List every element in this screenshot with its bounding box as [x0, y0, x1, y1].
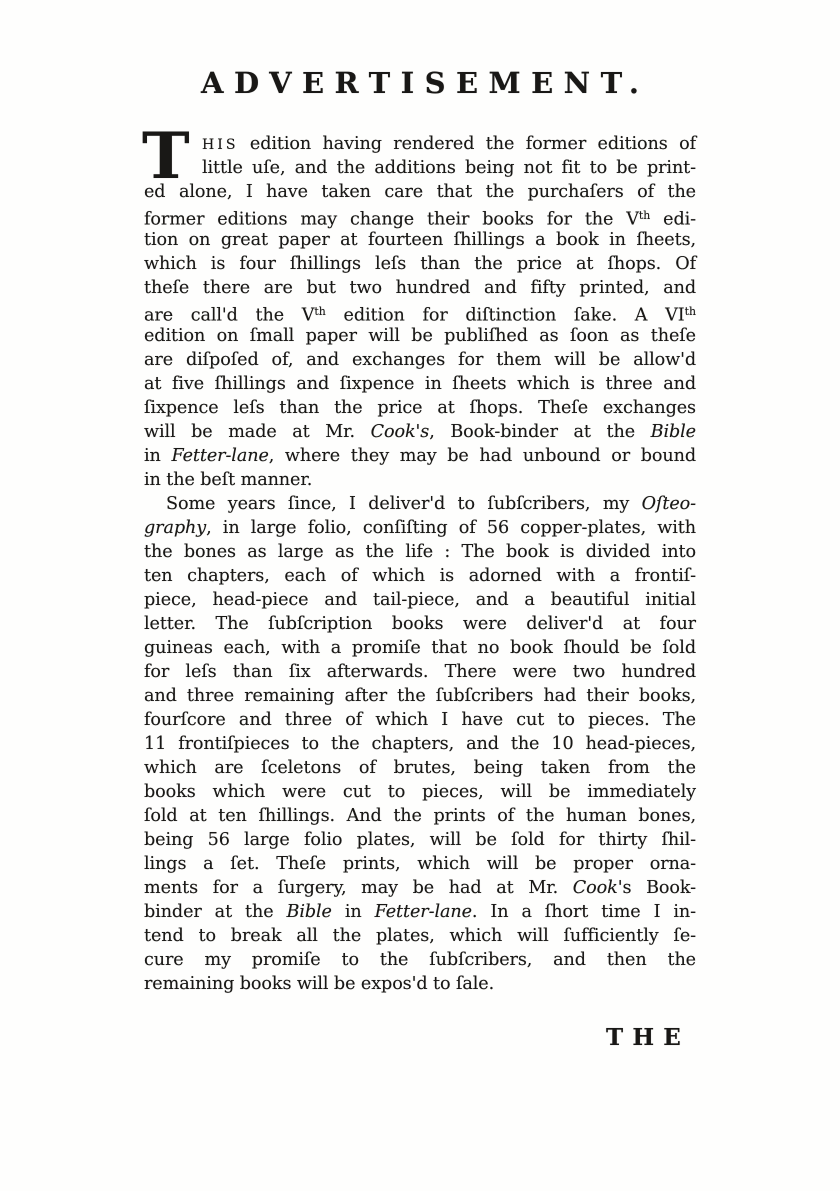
- catchword: THE: [0, 1024, 690, 1051]
- superscript-segment: th: [685, 305, 696, 318]
- text-segment: in: [332, 902, 375, 922]
- text-line: edition on ſmall paper will be publiſhed…: [144, 324, 696, 348]
- text-line: books which were cut to pieces, will be …: [144, 780, 696, 804]
- text-line: for leſs than ſix afterwards. There were…: [144, 660, 696, 684]
- text-segment: tion on great paper at fourteen ſhilling…: [144, 230, 696, 250]
- italic-segment: Fetter-lane: [375, 902, 472, 922]
- text-line: 11 frontiſpieces to the chapters, and th…: [144, 732, 696, 756]
- text-segment: in: [144, 446, 171, 466]
- text-line: ſixpence leſs than the price at ſhops. T…: [144, 396, 696, 420]
- text-segment: . In a ſhort time I in-: [472, 902, 696, 922]
- text-line: which is four ſhillings leſs than the pr…: [144, 252, 696, 276]
- text-segment: the bones as large as the life : The boo…: [144, 542, 696, 562]
- text-line: ten chapters, each of which is adorned w…: [144, 564, 696, 588]
- italic-segment: Bible: [287, 902, 332, 922]
- text-segment: lings a ſet. Theſe prints, which will be…: [144, 854, 696, 874]
- text-line: graphy, in large folio, conſiſting of 56…: [144, 516, 696, 540]
- paragraph: THIS edition having rendered the former …: [144, 132, 696, 492]
- text-segment: will be made at Mr.: [144, 422, 371, 442]
- drop-cap: T: [142, 132, 190, 182]
- text-segment: ments for a ſurgery, may be had at Mr.: [144, 878, 573, 898]
- italic-segment: Oſteo-: [642, 494, 696, 514]
- text-line: tend to break all the plates, which will…: [144, 924, 696, 948]
- text-line: the bones as large as the life : The boo…: [144, 540, 696, 564]
- text-segment: in the beſt manner.: [144, 470, 312, 490]
- text-line: will be made at Mr. Cook's, Book-binder …: [144, 420, 696, 444]
- text-segment: 's Book-: [618, 878, 696, 898]
- text-segment: ten chapters, each of which is adorned w…: [144, 566, 696, 586]
- text-segment: are diſpoſed of, and exchanges for them …: [144, 350, 696, 370]
- text-segment: edition for diſtinction ſake. A VI: [326, 306, 685, 326]
- text-line: lings a ſet. Theſe prints, which will be…: [144, 852, 696, 876]
- text-segment: 11 frontiſpieces to the chapters, and th…: [144, 734, 696, 754]
- paragraph: Some years ſince, I deliver'd to ſubſcri…: [144, 492, 696, 996]
- text-segment: and three remaining after the ſubſcriber…: [144, 686, 696, 706]
- text-segment: theſe there are but two hundred and fift…: [144, 278, 696, 298]
- text-segment: letter. The ſubſcription books were deli…: [144, 614, 696, 634]
- text-segment: remaining books will be expos'd to ſale.: [144, 974, 494, 994]
- text-line: letter. The ſubſcription books were deli…: [144, 612, 696, 636]
- text-segment: , Book-binder at the: [429, 422, 650, 442]
- superscript-segment: th: [639, 209, 650, 222]
- text-line: Some years ſince, I deliver'd to ſubſcri…: [144, 492, 696, 516]
- text-line: are diſpoſed of, and exchanges for them …: [144, 348, 696, 372]
- text-segment: are call'd the V: [144, 306, 314, 326]
- text-line: in the beſt manner.: [144, 468, 696, 492]
- text-segment: books which were cut to pieces, will be …: [144, 782, 696, 802]
- text-segment: fourſcore and three of which I have cut …: [144, 710, 696, 730]
- text-segment: , where they may be had unbound or bound: [269, 446, 696, 466]
- text-line: guineas each, with a promiſe that no boo…: [144, 636, 696, 660]
- book-page: ADVERTISEMENT. THIS edition having rende…: [0, 0, 840, 1191]
- italic-segment: Cook's: [371, 422, 430, 442]
- text-segment: being 56 large folio plates, will be ſol…: [144, 830, 696, 850]
- text-segment: at five ſhillings and ſixpence in ſheets…: [144, 374, 696, 394]
- text-segment: which is four ſhillings leſs than the pr…: [144, 254, 696, 274]
- italic-segment: graphy: [144, 518, 206, 538]
- text-segment: piece, head-piece and tail-piece, and a …: [144, 590, 696, 610]
- text-line: ments for a ſurgery, may be had at Mr. C…: [144, 876, 696, 900]
- italic-segment: Cook: [573, 878, 618, 898]
- italic-segment: Fetter-lane: [171, 446, 268, 466]
- text-line: at five ſhillings and ſixpence in ſheets…: [144, 372, 696, 396]
- text-segment: edition having rendered the former editi…: [238, 134, 696, 154]
- text-line: and three remaining after the ſubſcriber…: [144, 684, 696, 708]
- text-line: ſold at ten ſhillings. And the prints of…: [144, 804, 696, 828]
- text-segment: Some years ſince, I deliver'd to ſubſcri…: [166, 494, 642, 514]
- page-title: ADVERTISEMENT.: [0, 66, 840, 100]
- text-line: fourſcore and three of which I have cut …: [144, 708, 696, 732]
- text-segment: ed alone, I have taken care that the pur…: [144, 182, 696, 202]
- text-line: remaining books will be expos'd to ſale.: [144, 972, 696, 996]
- text-line: theſe there are but two hundred and fift…: [144, 276, 696, 300]
- smallcaps-segment: HIS: [202, 137, 238, 153]
- text-line: cure my promiſe to the ſubſcribers, and …: [144, 948, 696, 972]
- italic-segment: Bible: [651, 422, 696, 442]
- text-line: are call'd the Vth edition for diſtincti…: [144, 300, 696, 324]
- text-line: binder at the Bible in Fetter-lane. In a…: [144, 900, 696, 924]
- text-line: being 56 large folio plates, will be ſol…: [144, 828, 696, 852]
- text-line: HIS edition having rendered the former e…: [144, 132, 696, 156]
- text-segment: ſixpence leſs than the price at ſhops. T…: [144, 398, 696, 418]
- text-line: ed alone, I have taken care that the pur…: [144, 180, 696, 204]
- superscript-segment: th: [314, 305, 325, 318]
- text-line: tion on great paper at fourteen ſhilling…: [144, 228, 696, 252]
- text-line: piece, head-piece and tail-piece, and a …: [144, 588, 696, 612]
- text-segment: tend to break all the plates, which will…: [144, 926, 696, 946]
- text-line: former editions may change their books f…: [144, 204, 696, 228]
- text-segment: , in large folio, conſiſting of 56 coppe…: [206, 518, 696, 538]
- text-segment: binder at the: [144, 902, 287, 922]
- text-line: in Fetter-lane, where they may be had un…: [144, 444, 696, 468]
- text-block: THIS edition having rendered the former …: [144, 132, 696, 996]
- text-segment: which are ſceletons of brutes, being tak…: [144, 758, 696, 778]
- text-segment: guineas each, with a promiſe that no boo…: [144, 638, 696, 658]
- text-segment: former editions may change their books f…: [144, 210, 639, 230]
- text-segment: edition on ſmall paper will be publiſhed…: [144, 326, 696, 346]
- text-line: little uſe, and the additions being not …: [144, 156, 696, 180]
- text-segment: edi-: [650, 210, 696, 230]
- text-segment: cure my promiſe to the ſubſcribers, and …: [144, 950, 696, 970]
- text-segment: little uſe, and the additions being not …: [202, 158, 696, 178]
- text-segment: ſold at ten ſhillings. And the prints of…: [144, 806, 696, 826]
- text-line: which are ſceletons of brutes, being tak…: [144, 756, 696, 780]
- text-segment: for leſs than ſix afterwards. There were…: [144, 662, 696, 682]
